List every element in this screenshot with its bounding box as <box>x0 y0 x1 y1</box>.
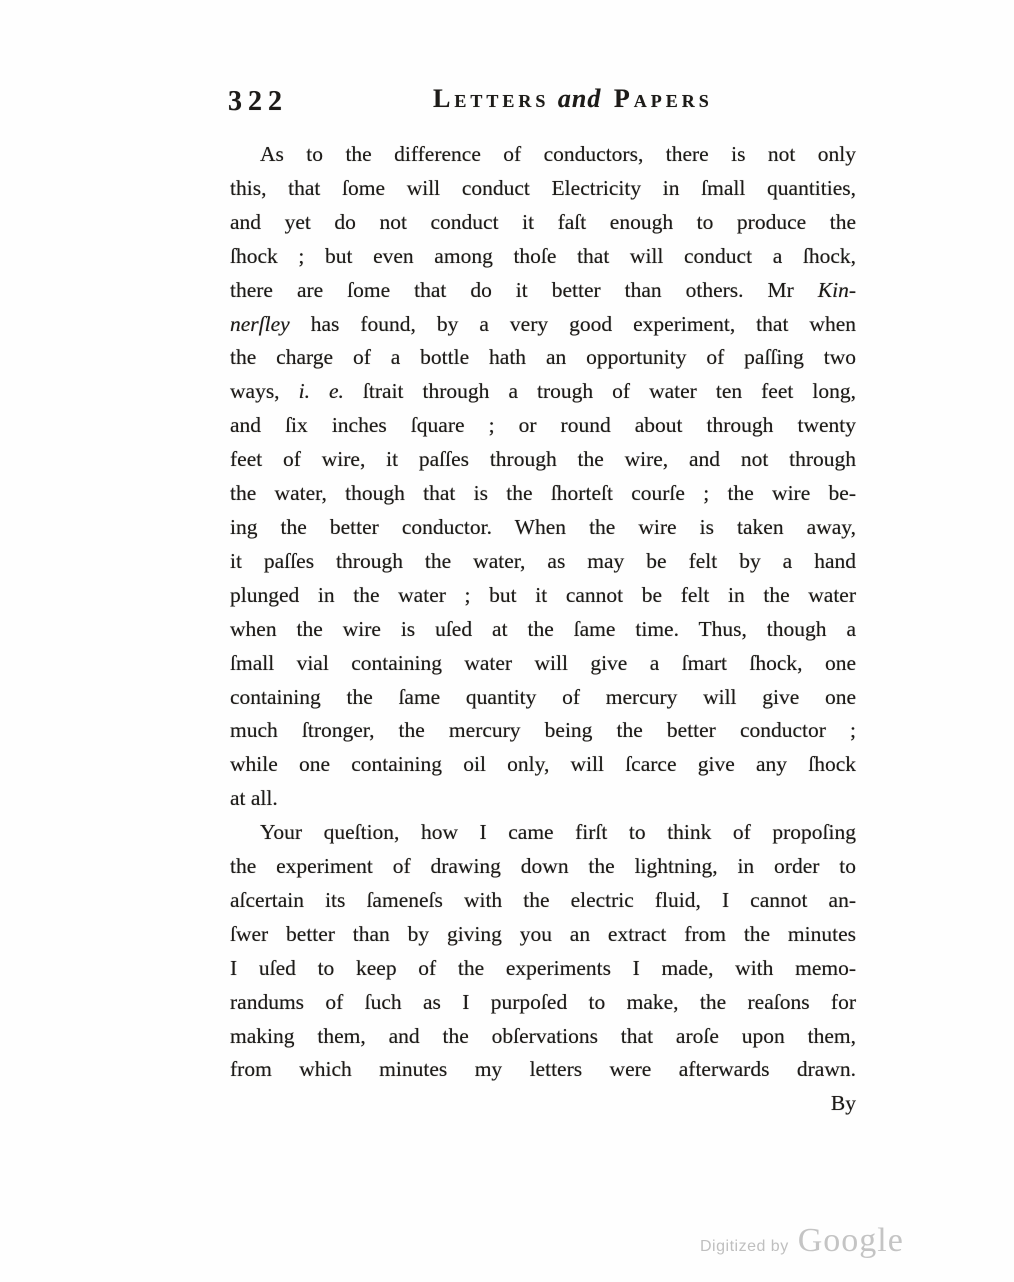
text-segment: has found, by a very good experiment, th… <box>290 312 856 336</box>
text-line: the water, though that is the ſhorteſt c… <box>230 477 856 511</box>
text-line: ways, i. e. ſtrait through a trough of w… <box>230 375 856 409</box>
text-line: the experiment of drawing down the light… <box>230 850 856 884</box>
text-segment-italic: Kin- <box>818 278 856 302</box>
text-line: randums of ſuch as I purpoſed to make, t… <box>230 986 856 1020</box>
text-line: it paſſes through the water, as may be f… <box>230 545 856 579</box>
running-title-word2: Papers <box>614 84 713 113</box>
watermark-prefix: Digitized by <box>700 1238 789 1256</box>
running-title-word1: Letters <box>433 84 549 113</box>
text-line: As to the difference of conductors, ther… <box>230 138 856 172</box>
body-text: As to the difference of conductors, ther… <box>230 138 856 1121</box>
text-segment-italic: i. e. <box>299 379 344 403</box>
text-line: nerſley has found, by a very good experi… <box>230 308 856 342</box>
text-line: while one containing oil only, will ſcar… <box>230 748 856 782</box>
text-line: this, that ſome will conduct Electricity… <box>230 172 856 206</box>
running-title: Letters and Papers <box>433 84 713 114</box>
text-line: containing the ſame quantity of mercury … <box>230 681 856 715</box>
text-line: much ſtronger, the mercury being the bet… <box>230 714 856 748</box>
text-line: there are ſome that do it better than ot… <box>230 274 856 308</box>
digitized-by-google-watermark: Digitized by Google <box>700 1222 904 1260</box>
text-line: and ſix inches ſquare ; or round about t… <box>230 409 856 443</box>
book-page-scan: 322 Letters and Papers As to the differe… <box>0 0 1014 1282</box>
text-segment: there are ſome that do it better than ot… <box>230 278 818 302</box>
running-title-and: and <box>558 84 601 113</box>
text-line: ing the better conductor. When the wire … <box>230 511 856 545</box>
page-number: 322 <box>228 86 288 118</box>
text-line: plunged in the water ; but it cannot be … <box>230 579 856 613</box>
text-line: I uſed to keep of the experiments I made… <box>230 952 856 986</box>
text-line: feet of wire, it paſſes through the wire… <box>230 443 856 477</box>
text-line: the charge of a bottle hath an opportuni… <box>230 341 856 375</box>
text-line: and yet do not conduct it faſt enough to… <box>230 206 856 240</box>
text-line: aſcertain its ſameneſs with the electric… <box>230 884 856 918</box>
text-line: making them, and the obſervations that a… <box>230 1020 856 1054</box>
google-logo: Google <box>798 1222 904 1260</box>
text-segment: ways, <box>230 379 299 403</box>
text-line: ſmall vial containing water will give a … <box>230 647 856 681</box>
text-line: when the wire is uſed at the ſame time. … <box>230 613 856 647</box>
text-line: ſwer better than by giving you an extrac… <box>230 918 856 952</box>
text-line: ſhock ; but even among thoſe that will c… <box>230 240 856 274</box>
text-line: at all. <box>230 782 856 816</box>
catchword: By <box>230 1087 856 1121</box>
text-line: from which minutes my letters were after… <box>230 1053 856 1087</box>
text-segment: ſtrait through a trough of water ten fee… <box>344 379 856 403</box>
text-segment-italic: nerſley <box>230 312 290 336</box>
text-line: Your queſtion, how I came firſt to think… <box>230 816 856 850</box>
